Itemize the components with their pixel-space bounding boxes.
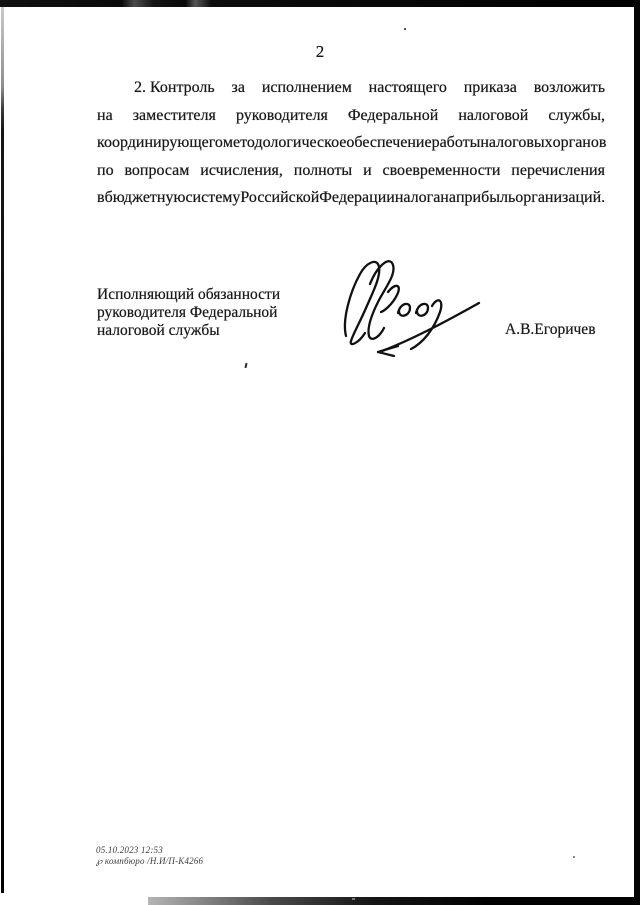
word: службы, xyxy=(548,107,605,125)
word: 2. Контроль xyxy=(134,79,215,97)
word: систему xyxy=(185,189,240,207)
signee-name: А.В.Егоричев xyxy=(505,321,596,339)
word: исполнением xyxy=(262,79,352,97)
paragraph-line: повопросамисчисления,полнотыисвоевременн… xyxy=(97,162,605,190)
stamp-reference: ℘ компбюро /Н.И/П-К4266 xyxy=(96,856,203,867)
word: исчисления, xyxy=(200,162,283,180)
word: Федерации xyxy=(319,189,395,207)
scan-border-top xyxy=(0,0,640,7)
word: руководителя xyxy=(236,107,328,125)
signer-title-line: налоговой службы xyxy=(97,322,297,340)
word: настоящего xyxy=(369,79,447,97)
word: за xyxy=(232,79,245,97)
scanned-document-page: 2 2. Контрользаисполнениемнастоящегоприк… xyxy=(0,0,640,905)
word: вопросам xyxy=(124,162,189,180)
word: перечисления xyxy=(511,162,605,180)
word: организаций. xyxy=(515,189,605,207)
word: органов xyxy=(553,134,607,152)
scan-speck xyxy=(404,28,406,30)
word: и xyxy=(363,162,372,180)
signature-icon xyxy=(332,250,482,360)
paragraph-line: назаместителяруководителяФедеральнойнало… xyxy=(97,107,605,135)
paragraph-line: 2. Контрользаисполнениемнастоящегоприказ… xyxy=(97,79,605,107)
word: заместителя xyxy=(133,107,216,125)
signer-title-line: руководителя Федеральной xyxy=(97,304,297,322)
signer-title-line: Исполняющий обязанности xyxy=(97,286,297,304)
word: работы xyxy=(432,134,481,152)
scan-speck xyxy=(245,363,248,368)
word: обеспечение xyxy=(346,134,431,152)
scan-speck xyxy=(573,856,575,858)
stamp-datetime: 05.10.2023 12:53 xyxy=(96,845,203,856)
word: налога xyxy=(395,189,440,207)
word: методологическое xyxy=(223,134,347,152)
order-paragraph: 2. Контрользаисполнениемнастоящегоприказ… xyxy=(97,79,605,217)
word: своевременности xyxy=(383,162,501,180)
page-number: 2 xyxy=(0,42,640,62)
footer-print-stamp: 05.10.2023 12:53 ℘ компбюро /Н.И/П-К4266 xyxy=(96,845,203,867)
scan-border-left xyxy=(1,7,4,893)
scan-border-bottom xyxy=(148,897,640,905)
word: бюджетную xyxy=(105,189,186,207)
word: координирующего xyxy=(97,134,223,152)
word: возложить xyxy=(534,79,605,97)
word: на xyxy=(440,189,456,207)
word: приказа xyxy=(464,79,517,97)
word: в xyxy=(97,189,105,207)
word: прибыль xyxy=(456,189,515,207)
word: налоговых xyxy=(480,134,552,152)
paragraph-line: координирующегометодологическоеобеспечен… xyxy=(97,134,605,162)
scan-border-right xyxy=(634,0,640,905)
word: Российской xyxy=(240,189,319,207)
word: по xyxy=(97,162,114,180)
word: Федеральной xyxy=(348,107,438,125)
paragraph-line: вбюджетнуюсистемуРоссийскойФедерациинало… xyxy=(97,189,605,217)
scan-speck xyxy=(352,898,355,900)
word: на xyxy=(97,107,113,125)
word: полноты xyxy=(294,162,352,180)
word: налоговой xyxy=(458,107,528,125)
signer-title: Исполняющий обязанности руководителя Фед… xyxy=(97,286,297,340)
